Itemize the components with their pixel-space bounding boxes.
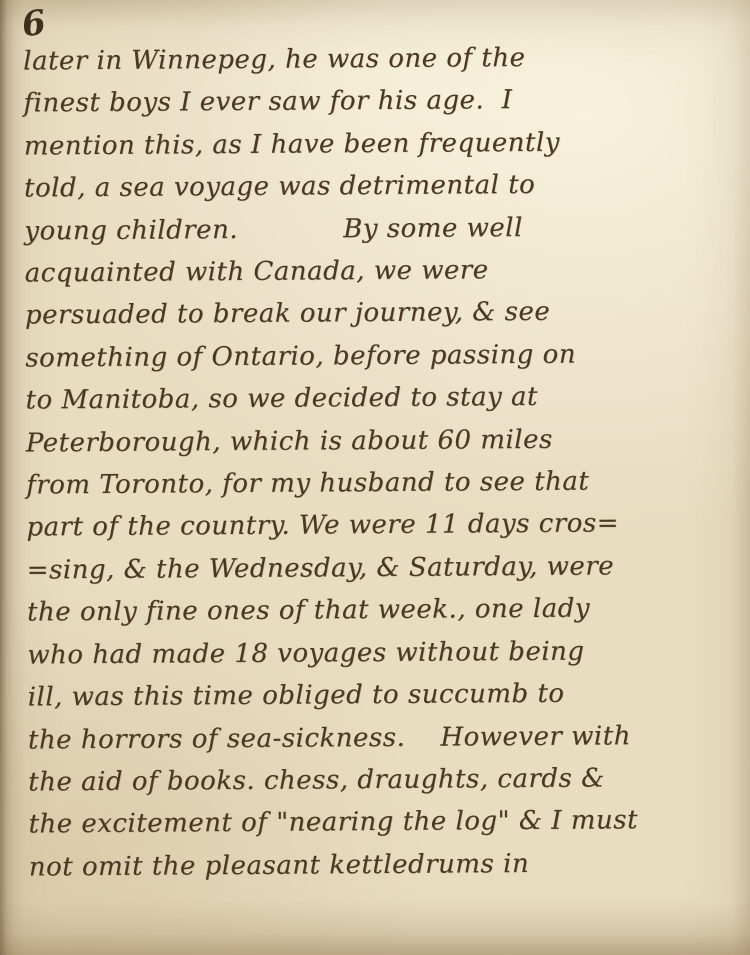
manuscript-line: not omit the pleasant kettledrums in [29,841,741,888]
manuscript-line: persuaded to break our journey, & see [25,290,737,337]
manuscript-line: mention this, as I have been frequently [24,120,736,167]
manuscript-line: told, a sea voyage was detrimental to [24,163,736,210]
manuscript-line: young children. By some well [24,205,736,252]
manuscript-line: who had made 18 voyages without being [27,629,739,676]
manuscript-line: Peterborough, which is about 60 miles [26,417,738,464]
manuscript-line: acquainted with Canada, we were [25,248,737,295]
manuscript-page: 6 later in Winnepeg, he was one of the f… [0,0,750,955]
manuscript-line: the excitement of "nearing the log" & I … [28,799,740,846]
manuscript-line: ill, was this time obliged to succumb to [27,672,739,719]
manuscript-line: from Toronto, for my husband to see that [26,460,738,507]
manuscript-line: something of Ontario, before passing on [25,332,737,379]
manuscript-line: the aid of books. chess, draughts, cards… [28,756,740,803]
manuscript-line: finest boys I ever saw for his age. I [23,78,735,125]
manuscript-line: later in Winnepeg, he was one of the [23,36,735,83]
manuscript-line: =sing, & the Wednesday, & Saturday, were [27,544,739,591]
page-number: 6 [19,3,48,46]
manuscript-line: part of the country. We were 11 days cro… [26,502,738,549]
manuscript-line: the horrors of sea-sickness. However wit… [28,714,740,761]
manuscript-line: the only fine ones of that week., one la… [27,587,739,634]
manuscript-text-block: later in Winnepeg, he was one of the fin… [23,36,741,889]
manuscript-line: to Manitoba, so we decided to stay at [25,375,737,422]
